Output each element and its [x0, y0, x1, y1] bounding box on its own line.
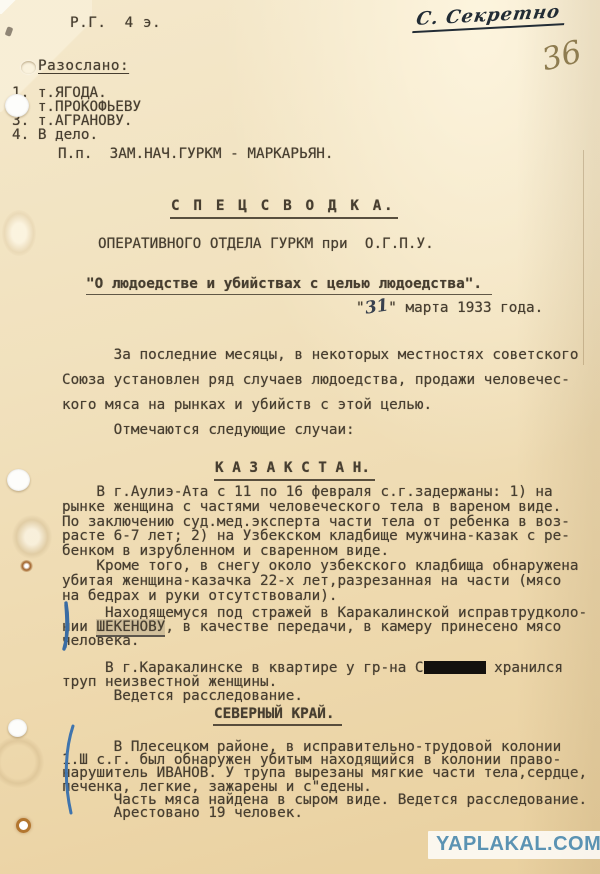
karakalinsk-paragraph: В г.Каракалинске в квартире у гр-на С хр… [62, 659, 563, 703]
redaction-bar [424, 661, 486, 674]
document-page: Р.Г. 4 э. С. Секретно 36 Разослано: 1. т… [0, 0, 600, 874]
handwritten-secret-note: С. Секретно [412, 1, 568, 33]
document-title: С П Е Ц С В О Д К А. [170, 199, 398, 219]
shekenov-paragraph: Находящемуся под стражей в Каракалинской… [62, 606, 587, 649]
blue-pencil-mark [58, 601, 74, 655]
paragraph-line: Ведется расследование. [62, 688, 303, 704]
punch-hole [5, 94, 29, 117]
signature-line: П.п. ЗАМ.НАЧ.ГУРКМ - МАРКАРЬЯН. [58, 147, 333, 162]
watermark: YAPLAKAL.COM [428, 831, 600, 859]
date-line: "31" марта 1933 года. [356, 300, 543, 316]
date-rest: " марта 1933 года. [388, 300, 543, 316]
document-subject: "О людоедстве и убийствах с целью людоед… [86, 277, 492, 295]
distribution-list: 1. т.ЯГОДА. 2. т.ПРОКОФЬЕВУ 3. т.АГРАНОВ… [12, 86, 141, 142]
paper-crease [0, 736, 44, 788]
watermark-text: YAPLAKAL.COM [436, 833, 600, 855]
north-paragraph: В Плесецком районе, в исправительно-труд… [62, 741, 587, 820]
paper-fold-line [583, 150, 584, 365]
section-heading-kazakhstan: К А З А К С Т А Н. [214, 461, 375, 481]
handwritten-day: 31 [364, 298, 390, 316]
handwritten-page-number: 36 [538, 34, 585, 78]
document-org-line: ОПЕРАТИВНОГО ОТДЕЛА ГУРКМ при О.Г.П.У. [98, 237, 434, 252]
paper-crease [12, 515, 52, 559]
blue-pencil-mark [60, 724, 78, 816]
torn-corner-sliver [0, 0, 18, 14]
punch-hole-small [16, 818, 31, 833]
paper-crease [2, 210, 36, 256]
paragraph-line: , в качестве передачи, в камеру принесен… [165, 619, 561, 635]
punch-hole [7, 469, 30, 491]
punch-hole-emboss [21, 61, 36, 74]
punch-hole [8, 719, 27, 737]
paragraph-line: хранился [486, 660, 563, 676]
intro-paragraph: За последние месяцы, в некоторых местнос… [62, 343, 578, 443]
kazakhstan-paragraph: В г.Аулиэ-Ата с 11 по 16 февраля с.г.зад… [62, 485, 578, 603]
distribution-title: Разослано: [38, 59, 129, 74]
burn-spot [20, 560, 33, 572]
section-heading-north: СЕВЕРНЫЙ КРАЙ. [213, 707, 342, 726]
registry-mark: Р.Г. 4 э. [70, 16, 161, 31]
